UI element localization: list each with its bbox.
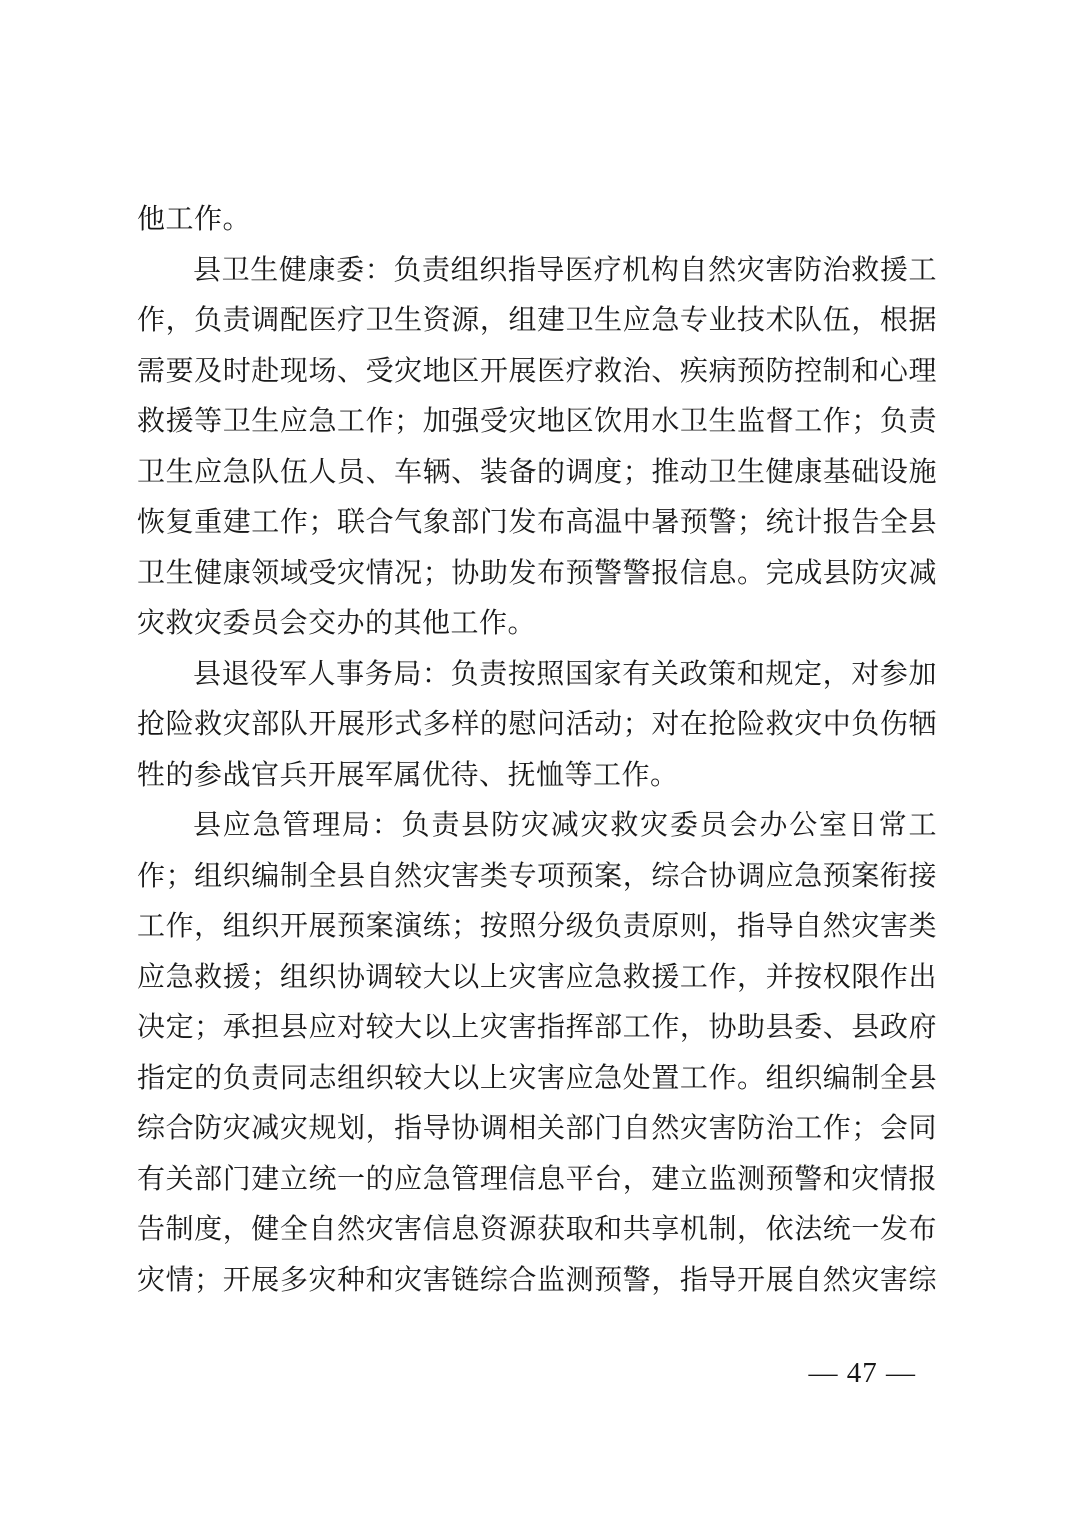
text-line: 灾情；开展多灾种和灾害链综合监测预警，指导开展自然灾害综 (137, 1256, 937, 1307)
document-body: 他工作。县卫生健康委：负责组织指导医疗机构自然灾害防治救援工作，负责调配医疗卫生… (137, 195, 937, 1306)
text-line: 有关部门建立统一的应急管理信息平台，建立监测预警和灾情报 (137, 1155, 937, 1206)
text-line: 抢险救灾部队开展形式多样的慰问活动；对在抢险救灾中负伤牺 (137, 700, 937, 751)
text-line: 灾救灾委员会交办的其他工作。 (137, 599, 937, 650)
text-line: 卫生健康领域受灾情况；协助发布预警警报信息。完成县防灾减 (137, 549, 937, 600)
document-page: 他工作。县卫生健康委：负责组织指导医疗机构自然灾害防治救援工作，负责调配医疗卫生… (0, 0, 1074, 1520)
page-number: — 47 — (809, 1351, 917, 1395)
text-line: 应急救援；组织协调较大以上灾害应急救援工作，并按权限作出 (137, 953, 937, 1004)
text-line: 工作，组织开展预案演练；按照分级负责原则，指导自然灾害类 (137, 902, 937, 953)
text-line: 告制度，健全自然灾害信息资源获取和共享机制，依法统一发布 (137, 1205, 937, 1256)
text-line: 救援等卫生应急工作；加强受灾地区饮用水卫生监督工作；负责 (137, 397, 937, 448)
text-line: 综合防灾减灾规划，指导协调相关部门自然灾害防治工作；会同 (137, 1104, 937, 1155)
text-line: 作，负责调配医疗卫生资源，组建卫生应急专业技术队伍，根据 (137, 296, 937, 347)
text-line: 指定的负责同志组织较大以上灾害应急处置工作。组织编制全县 (137, 1054, 937, 1105)
text-line: 卫生应急队伍人员、车辆、装备的调度；推动卫生健康基础设施 (137, 448, 937, 499)
text-line: 县应急管理局：负责县防灾减灾救灾委员会办公室日常工 (137, 801, 937, 852)
text-line: 决定；承担县应对较大以上灾害指挥部工作，协助县委、县政府 (137, 1003, 937, 1054)
paragraph: 他工作。 (137, 195, 937, 246)
text-line: 牲的参战官兵开展军属优待、抚恤等工作。 (137, 751, 937, 802)
paragraph: 县应急管理局：负责县防灾减灾救灾委员会办公室日常工作；组织编制全县自然灾害类专项… (137, 801, 937, 1306)
paragraph: 县卫生健康委：负责组织指导医疗机构自然灾害防治救援工作，负责调配医疗卫生资源，组… (137, 246, 937, 650)
paragraph: 县退役军人事务局：负责按照国家有关政策和规定，对参加抢险救灾部队开展形式多样的慰… (137, 650, 937, 802)
text-line: 他工作。 (137, 195, 937, 246)
text-line: 恢复重建工作；联合气象部门发布高温中暑预警；统计报告全县 (137, 498, 937, 549)
text-line: 县退役军人事务局：负责按照国家有关政策和规定，对参加 (137, 650, 937, 701)
text-line: 需要及时赴现场、受灾地区开展医疗救治、疾病预防控制和心理 (137, 347, 937, 398)
text-line: 作；组织编制全县自然灾害类专项预案，综合协调应急预案衔接 (137, 852, 937, 903)
text-line: 县卫生健康委：负责组织指导医疗机构自然灾害防治救援工 (137, 246, 937, 297)
